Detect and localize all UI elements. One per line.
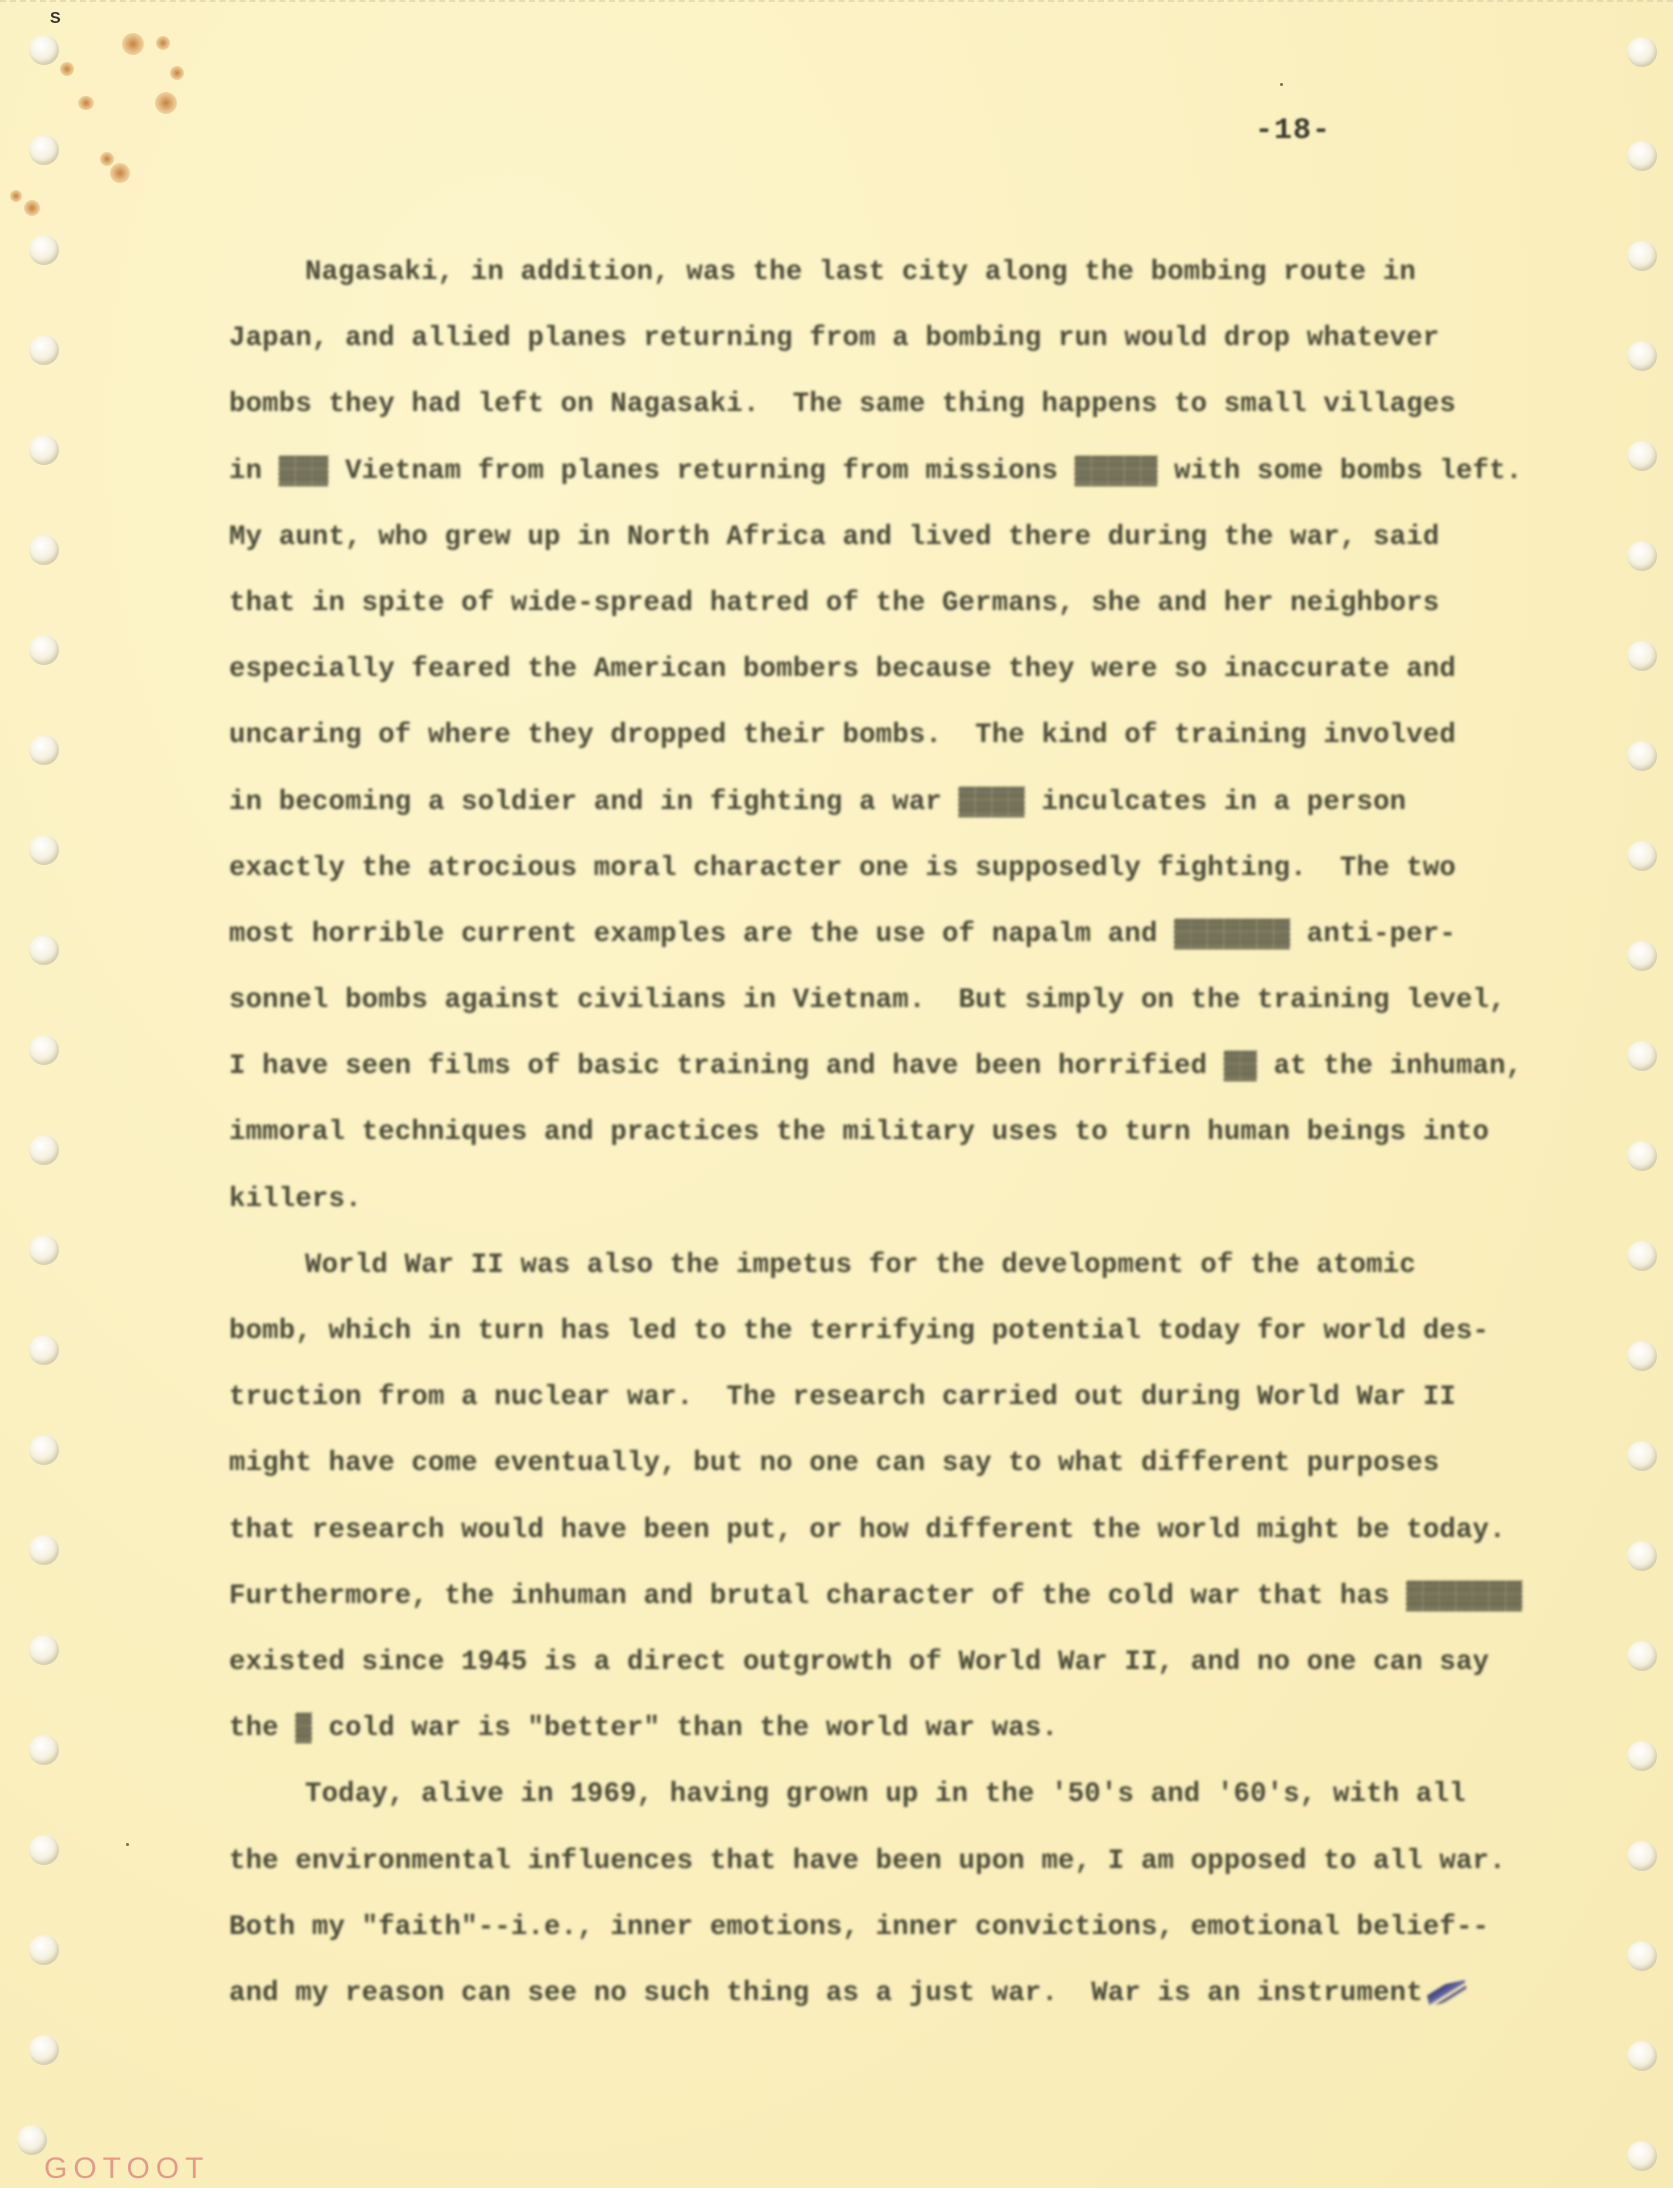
punch-hole	[1627, 341, 1657, 371]
archive-stamp: GOTOOT	[44, 2152, 209, 2186]
punch-hole	[29, 535, 59, 565]
punch-hole	[29, 1635, 59, 1665]
stain	[60, 62, 74, 76]
punch-hole	[29, 1935, 59, 1965]
punch-hole	[1627, 1641, 1657, 1671]
punch-hole	[1627, 1941, 1657, 1971]
text-line: I have seen films of basic training and …	[229, 1034, 1539, 1100]
text-line: bombs they had left on Nagasaki. The sam…	[229, 372, 1539, 438]
text-line: sonnel bombs against civilians in Vietna…	[229, 968, 1539, 1034]
text-line: that research would have been put, or ho…	[229, 1498, 1539, 1564]
text-line: in ▓▓▓ Vietnam from planes returning fro…	[229, 439, 1539, 505]
punch-hole	[1627, 641, 1657, 671]
text-line: most horrible current examples are the u…	[229, 902, 1539, 968]
punch-hole	[29, 835, 59, 865]
punch-hole	[1627, 2141, 1657, 2171]
corner-mark: S	[50, 10, 61, 28]
punch-hole	[1627, 1741, 1657, 1771]
text-line: might have come eventually, but no one c…	[229, 1431, 1539, 1497]
punch-hole	[29, 335, 59, 365]
punch-hole	[1627, 1341, 1657, 1371]
punch-hole	[29, 435, 59, 465]
punch-hole	[29, 35, 59, 65]
stain	[122, 33, 144, 55]
pen-scribble-icon	[1425, 1980, 1468, 2006]
punch-hole	[1627, 2041, 1657, 2071]
text-line: the ▓ cold war is "better" than the worl…	[229, 1696, 1539, 1762]
paper-top-edge	[0, 0, 1673, 6]
text-line: Today, alive in 1969, having grown up in…	[229, 1762, 1539, 1828]
text-line: and my reason can see no such thing as a…	[229, 1961, 1539, 2027]
punch-hole	[29, 1835, 59, 1865]
stain	[10, 190, 22, 202]
punch-hole	[1627, 1541, 1657, 1571]
stain	[156, 36, 170, 50]
text-line: World War II was also the impetus for th…	[229, 1233, 1539, 1299]
text-line: Nagasaki, in addition, was the last city…	[229, 240, 1539, 306]
text-line: that in spite of wide-spread hatred of t…	[229, 571, 1539, 637]
punch-hole	[1627, 37, 1657, 67]
punch-hole	[1627, 741, 1657, 771]
punch-hole	[29, 1535, 59, 1565]
punch-hole	[1627, 1241, 1657, 1271]
punch-hole	[29, 635, 59, 665]
stain	[110, 163, 130, 183]
punch-hole	[29, 735, 59, 765]
punch-hole	[1627, 841, 1657, 871]
text-line: exactly the atrocious moral character on…	[229, 836, 1539, 902]
stain	[155, 92, 177, 114]
punch-hole	[29, 1435, 59, 1465]
text-line: the environmental influences that have b…	[229, 1829, 1539, 1895]
punch-hole	[29, 1235, 59, 1265]
text-line: Furthermore, the inhuman and brutal char…	[229, 1564, 1539, 1630]
text-line: killers.	[229, 1167, 1539, 1233]
stain	[78, 96, 94, 110]
text-line: uncaring of where they dropped their bom…	[229, 703, 1539, 769]
text-line: Both my "faith"--i.e., inner emotions, i…	[229, 1895, 1539, 1961]
punch-hole	[29, 2035, 59, 2065]
text-line: bomb, which in turn has led to the terri…	[229, 1299, 1539, 1365]
speck	[1280, 83, 1283, 86]
text-line: in becoming a soldier and in fighting a …	[229, 770, 1539, 836]
punch-hole	[29, 1735, 59, 1765]
punch-hole	[29, 1035, 59, 1065]
punch-hole	[29, 935, 59, 965]
page-number: -18-	[1255, 114, 1331, 148]
punch-hole	[1627, 541, 1657, 571]
speck	[126, 1843, 129, 1846]
punch-hole	[29, 135, 59, 165]
punch-hole	[29, 1135, 59, 1165]
punch-hole	[1627, 1441, 1657, 1471]
text-line: immoral techniques and practices the mil…	[229, 1100, 1539, 1166]
stain	[24, 200, 40, 216]
stain	[100, 152, 114, 166]
punch-hole	[1627, 1841, 1657, 1871]
punch-hole	[29, 235, 59, 265]
punch-hole	[1627, 941, 1657, 971]
punch-hole	[17, 2125, 47, 2155]
punch-hole	[1627, 1141, 1657, 1171]
punch-hole	[1627, 1041, 1657, 1071]
text-line: Japan, and allied planes returning from …	[229, 306, 1539, 372]
text-line-content: and my reason can see no such thing as a…	[229, 1978, 1423, 2009]
text-line: truction from a nuclear war. The researc…	[229, 1365, 1539, 1431]
text-line: especially feared the American bombers b…	[229, 637, 1539, 703]
punch-hole	[1627, 241, 1657, 271]
punch-hole	[1627, 441, 1657, 471]
text-line: My aunt, who grew up in North Africa and…	[229, 505, 1539, 571]
text-line: existed since 1945 is a direct outgrowth…	[229, 1630, 1539, 1696]
punch-hole	[29, 1335, 59, 1365]
document-body: Nagasaki, in addition, was the last city…	[229, 240, 1539, 2027]
stain	[170, 66, 184, 80]
punch-hole	[1627, 141, 1657, 171]
